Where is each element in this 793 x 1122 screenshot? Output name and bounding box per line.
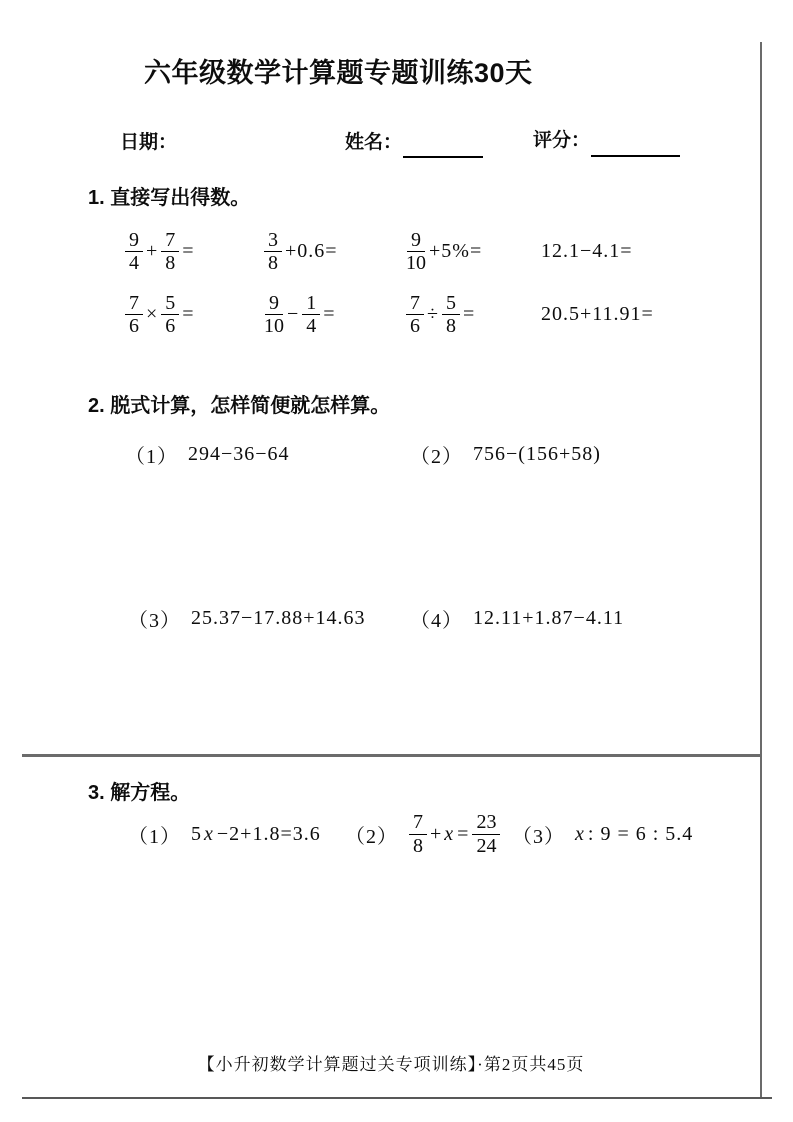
name-label: 姓名： [345, 132, 402, 155]
problem: （1） 5x−2+1.8=3.6 [128, 806, 322, 862]
problem: （4） 12.11+1.87−4.11 [410, 604, 625, 633]
problem-expression: 756−(156+58) [472, 443, 602, 466]
problem-expression: 12.1−4.1= [540, 240, 743, 263]
problem-expression: 76×56= [123, 293, 262, 337]
problem-number: （4） [410, 604, 463, 633]
fraction: 56 [161, 293, 179, 337]
section2-heading: 2. 脱式计算，怎样简便就怎样算。 [88, 394, 390, 418]
fraction: 14 [302, 293, 320, 337]
fraction: 2324 [472, 812, 500, 856]
problem-number: （3） [128, 604, 181, 633]
problem-expression: 20.5+11.91= [540, 303, 743, 326]
problem-number: （2） [345, 820, 398, 849]
problem-expression: 94+78= [123, 230, 262, 274]
section-divider-line [22, 754, 762, 757]
problem: （2） 756−(156+58) [410, 440, 602, 469]
problem-number: （3） [512, 820, 565, 849]
section3-heading: 3. 解方程。 [88, 781, 190, 805]
problem-expression: 5x−2+1.8=3.6 [190, 823, 322, 846]
score-label: 评分： [533, 130, 590, 153]
worksheet-page: { "header": { "title": "六年级数学计算题专题训练30天"… [0, 0, 793, 1122]
fraction: 58 [442, 293, 460, 337]
page-title: 六年级数学计算题专题训练30天 [144, 59, 533, 89]
page-border-right [760, 42, 762, 1099]
problem-expression: 294−36−64 [187, 443, 291, 466]
fraction: 78 [161, 230, 179, 274]
problem-number: （2） [410, 440, 463, 469]
page-footer: 【小升初数学计算题过关专项训练】·第2页共45页 [0, 1053, 782, 1077]
problem-expression: 25.37−17.88+14.63 [190, 607, 367, 630]
fraction: 94 [125, 230, 143, 274]
score-blank-line [591, 155, 680, 157]
problem-number: （1） [128, 820, 181, 849]
problem-expression: 38+0.6= [262, 230, 404, 274]
problem-expression: 910+5%= [404, 230, 540, 274]
fraction: 38 [264, 230, 282, 274]
problem: （3） 25.37−17.88+14.63 [128, 604, 367, 633]
name-blank-line [403, 156, 483, 158]
problem: （2） 78+x=2324 [345, 806, 502, 862]
section1-heading: 1. 直接写出得数。 [88, 186, 250, 210]
problem-expression: x : 9 = 6 : 5.4 [574, 823, 694, 846]
fraction: 76 [406, 293, 424, 337]
date-label: 日期： [120, 132, 177, 155]
problem: （3） x : 9 = 6 : 5.4 [512, 806, 694, 862]
problem-expression: 12.11+1.87−4.11 [472, 607, 625, 630]
page-border-bottom [22, 1097, 772, 1099]
fraction: 910 [264, 293, 284, 337]
fraction: 78 [409, 812, 427, 856]
fraction: 910 [406, 230, 426, 274]
section1-problem-grid: 94+78= 38+0.6= 910+5%= 12.1−4.1= 76×56= … [123, 220, 743, 346]
problem-expression: 910−14= [262, 293, 404, 337]
problem-number: （1） [125, 440, 178, 469]
problem-expression: 78+x=2324 [407, 812, 502, 856]
fraction: 76 [125, 293, 143, 337]
problem: （1） 294−36−64 [125, 440, 291, 469]
problem-expression: 76÷58= [404, 293, 540, 337]
